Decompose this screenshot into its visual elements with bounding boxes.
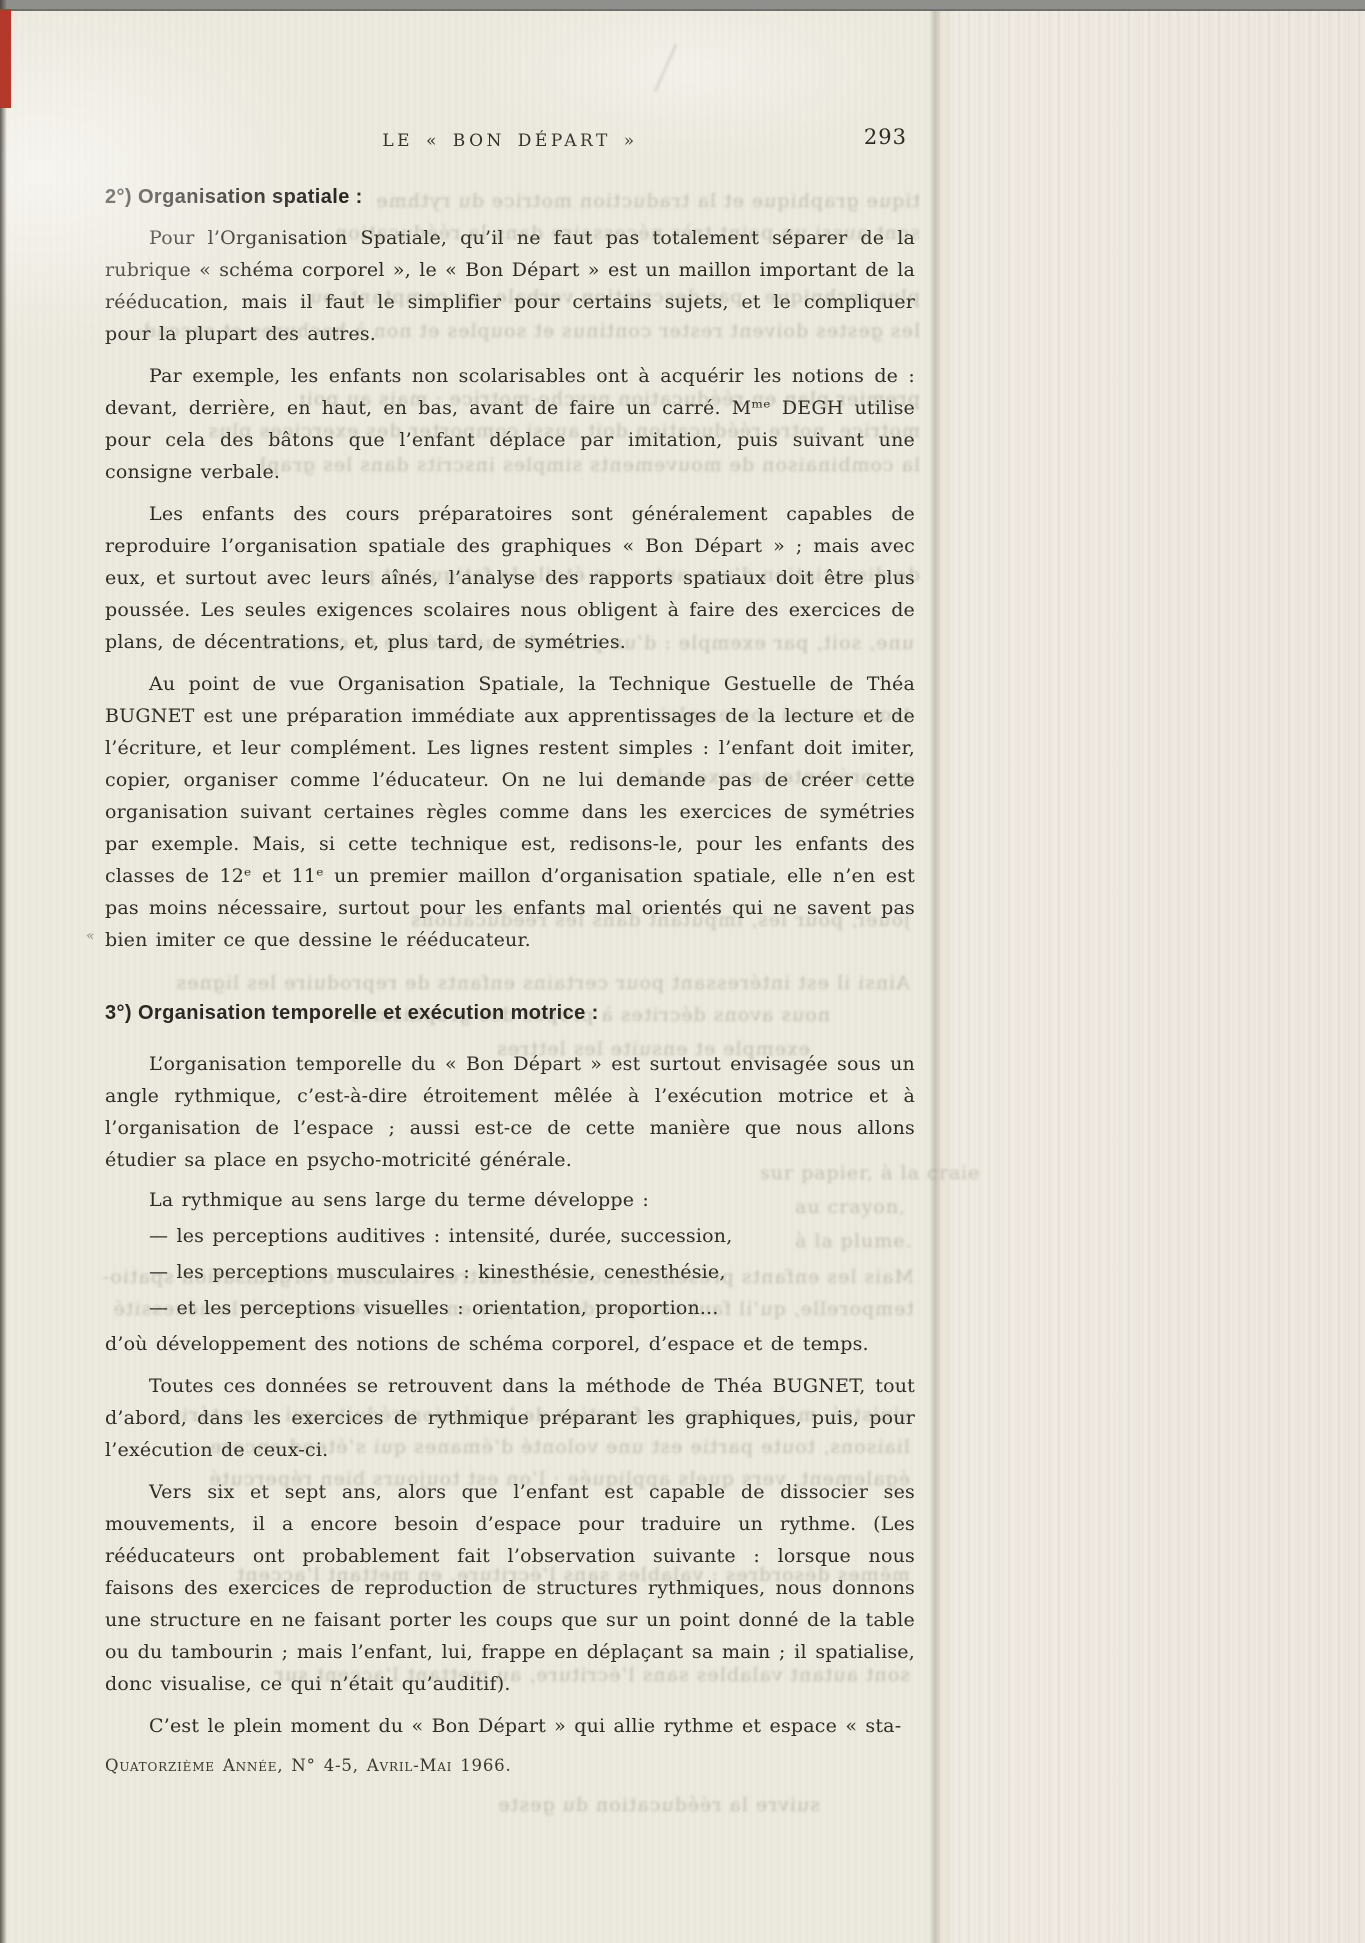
page-content: LE « BON DÉPART » 293 2°) Organisation s…: [105, 0, 915, 1775]
red-edge-mark: [0, 9, 11, 108]
running-title: LE « BON DÉPART »: [382, 131, 637, 151]
running-header: LE « BON DÉPART » 293: [105, 128, 915, 154]
paragraph-organisation-spatiale-1: Pour l’Organisation Spatiale, qu’il ne f…: [105, 222, 915, 350]
page-number: 293: [864, 124, 907, 150]
scan-top-edge: [0, 0, 1365, 11]
list-item-perceptions-visuelles: — et les perceptions visuelles : orienta…: [105, 1292, 915, 1324]
section-2-heading: 2°) Organisation spatiale :: [105, 184, 915, 210]
scanned-page: tique graphique et la traduction motrice…: [0, 0, 1365, 1943]
paragraph-organisation-spatiale-4: Au point de vue Organisation Spatiale, l…: [105, 668, 915, 956]
scan-right-margin: [938, 0, 1365, 1943]
ghost-line: suivre la rééducation du geste: [300, 1790, 820, 1820]
paragraph-toutes-ces-donnees: Toutes ces données se retrouvent dans la…: [105, 1370, 915, 1466]
paragraph-organisation-spatiale-3: Les enfants des cours préparatoires sont…: [105, 498, 915, 658]
page-right-edge-shadow: [929, 0, 941, 1943]
page-left-edge: [0, 0, 7, 1943]
section-3-heading: 3°) Organisation temporelle et exécution…: [105, 1000, 915, 1026]
paragraph-plein-moment: C’est le plein moment du « Bon Départ » …: [105, 1710, 915, 1742]
paragraph-organisation-temporelle-1: L’organisation temporelle du « Bon Dépar…: [105, 1048, 915, 1176]
margin-pencil-mark: «: [85, 927, 96, 944]
paragraph-rythmique-intro: La rythmique au sens large du terme déve…: [105, 1184, 915, 1216]
list-item-perceptions-auditives: — les perceptions auditives : intensité,…: [105, 1220, 915, 1252]
paragraph-vers-six-et-sept-ans: Vers six et sept ans, alors que l’enfant…: [105, 1476, 915, 1700]
list-item-perceptions-musculaires: — les perceptions musculaires : kinesthé…: [105, 1256, 915, 1288]
footer-imprint: Quatorzième Année, N° 4-5, Avril-Mai 196…: [105, 1756, 915, 1775]
paragraph-apres-liste: d’où développement des notions de schéma…: [105, 1328, 915, 1360]
paragraph-organisation-spatiale-2: Par exemple, les enfants non scolarisabl…: [105, 360, 915, 488]
